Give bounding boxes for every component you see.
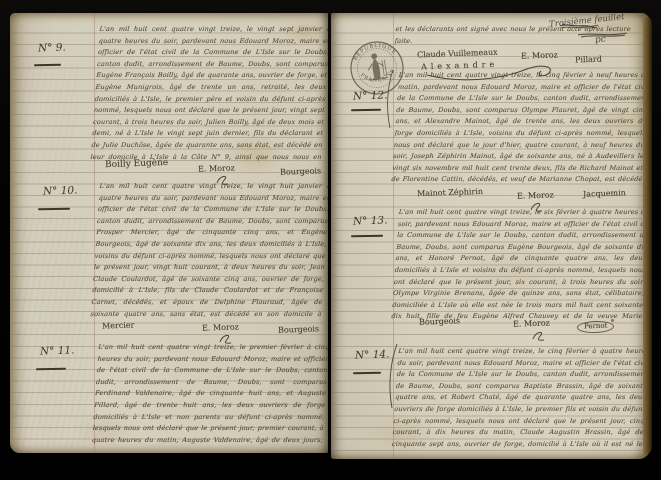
entry-9-signatures: Boilly Eugène E. Moroz Bourgeois [10,159,328,175]
paraph-flourish [531,330,547,342]
entry-14-label-underline [353,372,381,374]
signature: Mercier [102,320,135,330]
signature: E. Moroz [513,318,550,328]
entry-10-margin-label: N° 10. [43,184,78,197]
entry-13-body: L'an mil huit cent quatre vingt treize, … [391,207,650,323]
entry-10-signatures: Mercier E. Moroz Bourgeois [10,321,328,337]
signature: Bourgeois [278,324,319,334]
signature: Bourgeois [280,166,321,176]
signature: E. Moroz [198,163,235,173]
signature: E. Moroz [202,322,239,332]
signature: Mainot Zéphirin [417,187,483,198]
entry-12-signatures: Mainot Zéphirin E. Moroz Jacquemin [331,188,650,204]
entry-10-body: L'an mil huit cent quatre vingt treize, … [90,181,328,320]
entry-9-body: L'an mil huit cent quatre vingt treize, … [90,24,328,163]
signature-circled: Pernot [577,320,615,333]
entry-9-margin-label: N° 9. [38,42,66,55]
entry-12-label-underline [351,109,381,112]
entry-11-continuation: et les déclarants ont signé avec nous le… [394,24,646,48]
signature: Jacquemin [583,188,626,198]
entry-13-margin-label: N° 13. [353,214,388,227]
signature: Boilly Eugène [105,158,169,170]
entry-14-body: L'an mil huit cent quatre vingt treize, … [391,346,649,451]
scratched-word [559,22,599,31]
entry-10-label-underline [38,208,70,211]
entry-12-body: L'an mil huit cent quatre vingt treize, … [391,70,650,186]
entry-13-signatures: Bourgeois E. Moroz Pernot [331,317,650,333]
entry-13-label-underline [351,235,383,238]
margin-bracket [383,69,395,129]
entry-11-body: L'an mil huit cent quatre vingt treize, … [91,342,328,447]
signature: E. Moroz [517,190,554,200]
entry-11-margin-label: N° 11. [40,344,75,357]
right-page: Troisième feuillet pc et les déclarants … [331,13,650,459]
scanned-register-spread: N° 9. L'an mil huit cent quatre vingt tr… [0,0,661,480]
left-page: N° 9. L'an mil huit cent quatre vingt tr… [10,13,328,453]
entry-11-label-underline [36,368,66,371]
signature: Bourgeois [419,316,460,326]
signature: Pillard [575,55,602,65]
book-page-edge [643,17,652,455]
entry-9-label-underline [34,64,61,66]
